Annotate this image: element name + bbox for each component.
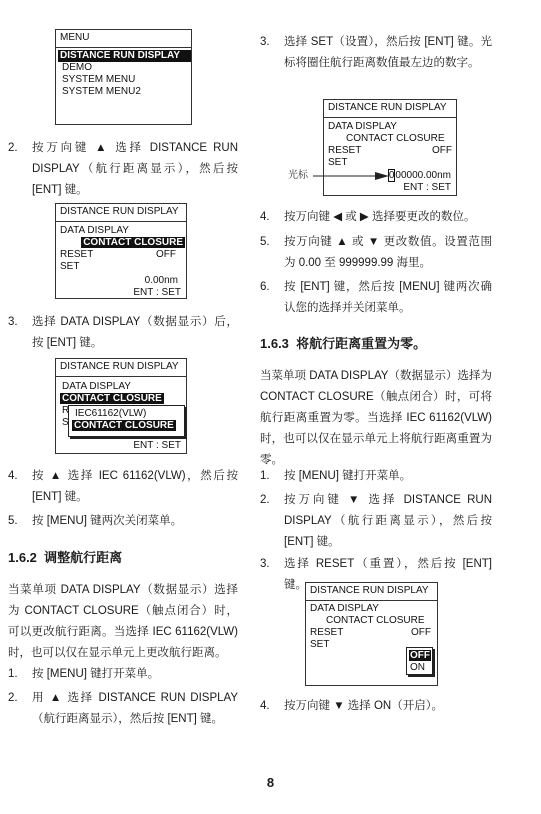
- lcd-option-popup: OFF ON: [406, 647, 433, 675]
- lcd-popup-option-selected: OFF: [409, 650, 431, 661]
- step-item: 2. 按万向键 ▼ 选择 DISTANCE RUN DISPLAY（航行距离显示…: [260, 490, 492, 553]
- step-number: 2.: [260, 490, 270, 511]
- step-text: 选择 SET（设置），然后按 [ENT] 键。光标将圈住航行距离数值最左边的数字…: [260, 32, 492, 74]
- lcd-data-display-label: DATA DISPLAY: [306, 603, 437, 615]
- lcd-reset-label: RESET: [310, 627, 343, 638]
- step-text: 按 [MENU] 键打开菜单。: [8, 664, 238, 685]
- lcd-menu-item-selected: DISTANCE RUN DISPLAY: [58, 50, 191, 62]
- step-number: 4.: [260, 207, 270, 228]
- lcd-reset-label: RESET: [60, 249, 93, 260]
- step-text: 按 [ENT] 键，然后按 [MENU] 键两次确认您的选择并关闭菜单。: [260, 277, 492, 319]
- step-text: 按万向键 ▲ 或 ▼ 更改数值。设置范围为 0.00 至 999999.99 海…: [260, 232, 492, 274]
- step-number: 1.: [260, 466, 270, 487]
- step-item: 2. 用 ▲ 选择 DISTANCE RUN DISPLAY（航行距离显示），然…: [8, 688, 238, 730]
- lcd-title: DISTANCE RUN DISPLAY: [56, 204, 186, 222]
- lcd-data-display-label: DATA DISPLAY: [56, 225, 186, 237]
- step-text: 按万向键 ▼ 选择 ON（开启）。: [260, 696, 492, 717]
- step-item: 5. 按 [MENU] 键两次关闭菜单。: [8, 511, 238, 532]
- distance-run-lcd-figure: DISTANCE RUN DISPLAY DATA DISPLAY CONTAC…: [305, 582, 438, 686]
- step-number: 2.: [8, 688, 18, 709]
- lcd-footer: ENT : SET: [56, 287, 186, 299]
- lcd-title: DISTANCE RUN DISPLAY: [324, 100, 456, 118]
- step-item: 4. 按 ▲ 选择 IEC 61162(VLW)，然后按 [ENT] 键。: [8, 466, 238, 508]
- step-text: 按万向键 ▲ 选择 DISTANCE RUN DISPLAY（航行距离显示），然…: [8, 138, 238, 201]
- cursor-callout-arrow-icon: [313, 168, 390, 186]
- cursor-callout-label: 光标: [288, 166, 308, 181]
- section-paragraph: 当菜单项 DATA DISPLAY（数据显示）选择为 CONTACT CLOSU…: [8, 580, 238, 664]
- section-heading: 1.6.2 调整航行距离: [8, 549, 122, 567]
- lcd-option-popup: IEC61162(VLW) CONTACT CLOSURE: [68, 405, 185, 437]
- step-text: 按 ▲ 选择 IEC 61162(VLW)，然后按 [ENT] 键。: [8, 466, 238, 508]
- lcd-reset-value: OFF: [156, 249, 176, 261]
- step-item: 4. 按万向键 ▼ 选择 ON（开启）。: [260, 696, 492, 717]
- section-number: 1.6.2: [8, 550, 37, 565]
- section-title: 调整航行距离: [44, 550, 122, 565]
- step-item: 2. 按万向键 ▲ 选择 DISTANCE RUN DISPLAY（航行距离显示…: [8, 138, 238, 201]
- lcd-data-display-label: DATA DISPLAY: [324, 121, 456, 133]
- lcd-reset-value: OFF: [411, 627, 431, 639]
- section-number: 1.6.3: [260, 336, 289, 351]
- lcd-data-value-highlight: CONTACT CLOSURE: [60, 393, 164, 404]
- lcd-footer: ENT : SET: [56, 440, 186, 452]
- step-number: 3.: [260, 554, 270, 575]
- step-item: 3. 选择 DATA DISPLAY（数据显示）后，按 [ENT] 键。: [8, 312, 238, 354]
- section-paragraph: 当菜单项 DATA DISPLAY（数据显示）选择为 CONTACT CLOSU…: [260, 366, 492, 471]
- lcd-menu-item: DEMO: [56, 62, 191, 74]
- lcd-title: DISTANCE RUN DISPLAY: [56, 359, 186, 377]
- section-title: 将航行距离重置为零。: [296, 336, 426, 351]
- lcd-menu-item: SYSTEM MENU: [56, 74, 191, 86]
- step-number: 5.: [260, 232, 270, 253]
- step-item: 1. 按 [MENU] 键打开菜单。: [8, 664, 238, 685]
- distance-run-lcd-figure: DISTANCE RUN DISPLAY DATA DISPLAY CONTAC…: [55, 358, 187, 454]
- step-item: 1. 按 [MENU] 键打开菜单。: [260, 466, 492, 487]
- lcd-menu-item: SYSTEM MENU2: [56, 86, 191, 98]
- lcd-data-value: CONTACT CLOSURE: [306, 615, 437, 627]
- step-text: 用 ▲ 选择 DISTANCE RUN DISPLAY（航行距离显示），然后按 …: [8, 688, 238, 730]
- step-text: 按 [MENU] 键两次关闭菜单。: [8, 511, 238, 532]
- lcd-distance-value: 00000.00nm: [395, 170, 451, 181]
- step-number: 2.: [8, 138, 18, 159]
- step-text: 按万向键 ▼ 选择 DISTANCE RUN DISPLAY（航行距离显示），然…: [260, 490, 492, 553]
- lcd-data-value: CONTACT CLOSURE: [324, 133, 456, 145]
- step-number: 6.: [260, 277, 270, 298]
- lcd-popup-option: IEC61162(VLW): [72, 408, 181, 420]
- lcd-title: DISTANCE RUN DISPLAY: [306, 583, 437, 601]
- step-number: 4.: [260, 696, 270, 717]
- lcd-data-value-highlight: CONTACT CLOSURE: [81, 237, 185, 248]
- menu-lcd-figure: MENU DISTANCE RUN DISPLAY DEMO SYSTEM ME…: [55, 29, 192, 125]
- step-item: 5. 按万向键 ▲ 或 ▼ 更改数值。设置范围为 0.00 至 999999.9…: [260, 232, 492, 274]
- step-item: 4. 按万向键 ◀ 或 ▶ 选择要更改的数位。: [260, 207, 492, 228]
- step-text: 按万向键 ◀ 或 ▶ 选择要更改的数位。: [260, 207, 492, 228]
- step-number: 5.: [8, 511, 18, 532]
- lcd-reset-value: OFF: [432, 145, 452, 157]
- lcd-distance-value: 0.00nm: [56, 275, 186, 287]
- section-heading: 1.6.3 将航行距离重置为零。: [260, 335, 426, 353]
- step-text: 选择 DATA DISPLAY（数据显示）后，按 [ENT] 键。: [8, 312, 238, 354]
- lcd-data-display-label: DATA DISPLAY: [56, 381, 186, 393]
- step-number: 3.: [260, 32, 270, 53]
- lcd-title: MENU: [56, 30, 191, 48]
- step-item: 6. 按 [ENT] 键，然后按 [MENU] 键两次确认您的选择并关闭菜单。: [260, 277, 492, 319]
- lcd-set-label: SET: [56, 261, 186, 273]
- page-number: 8: [0, 775, 541, 790]
- step-number: 3.: [8, 312, 18, 333]
- lcd-popup-option-selected: CONTACT CLOSURE: [72, 420, 176, 431]
- step-number: 4.: [8, 466, 18, 487]
- lcd-popup-option: ON: [409, 662, 430, 674]
- step-number: 1.: [8, 664, 18, 685]
- step-item: 3. 选择 SET（设置），然后按 [ENT] 键。光标将圈住航行距离数值最左边…: [260, 32, 492, 74]
- lcd-reset-label: RESET: [328, 145, 361, 156]
- distance-run-lcd-figure: DISTANCE RUN DISPLAY DATA DISPLAY CONTAC…: [55, 203, 187, 299]
- step-text: 按 [MENU] 键打开菜单。: [260, 466, 492, 487]
